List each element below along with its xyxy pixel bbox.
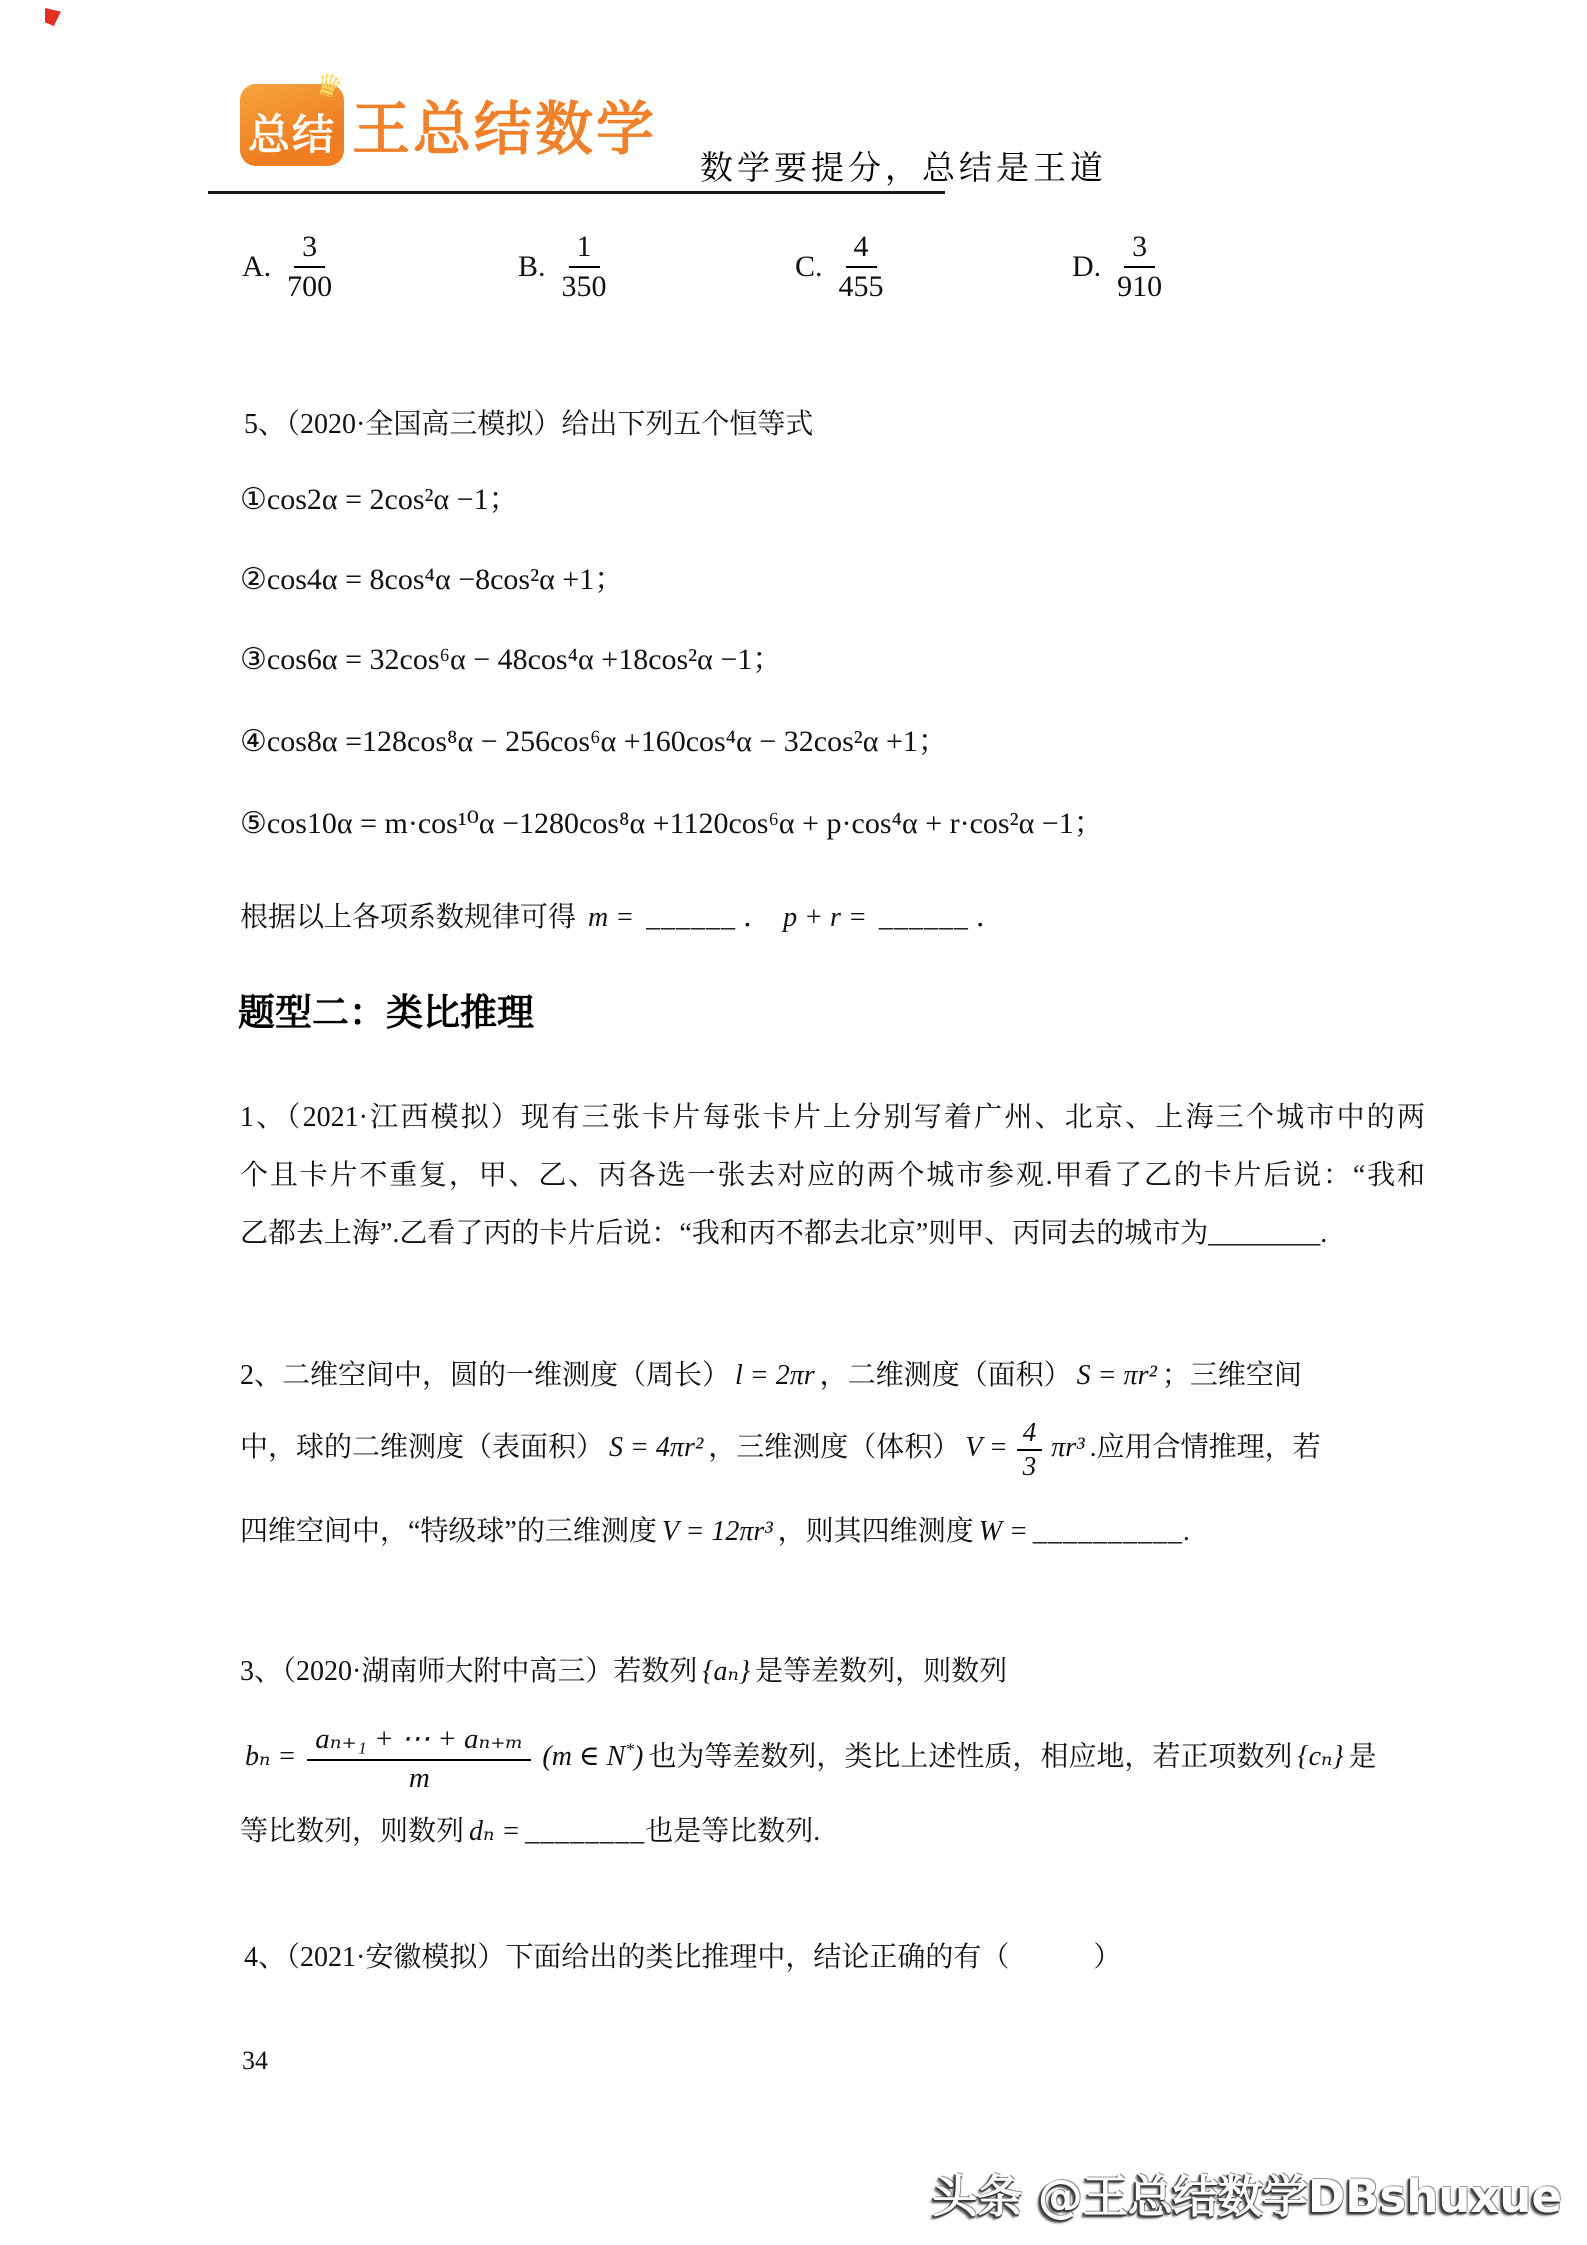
option-b: B. 1 350 <box>518 224 607 310</box>
fraction-denominator: 3 <box>1023 1451 1037 1482</box>
fraction-4-3: 43 <box>1017 1417 1043 1482</box>
question5-conclusion: 根据以上各项系数规律可得 m = ______ ． p + r = ______… <box>240 898 1425 938</box>
question5-stem: 5、（2020·全国高三模拟）给出下列五个恒等式 <box>240 405 1429 445</box>
brand-tagline: 数学要提分，总结是王道 <box>700 142 1107 189</box>
crown-icon: ♛ <box>311 69 346 106</box>
text: 也为等差数列，类比上述性质，相应地，若正项数列 <box>648 1741 1292 1772</box>
text: 是 <box>1349 1741 1377 1772</box>
fraction-numerator: 4 <box>1017 1417 1043 1451</box>
math-s-pir2: S = πr² <box>1072 1360 1162 1391</box>
answer-blank: __________ <box>1033 1516 1183 1547</box>
option-a: A. 3 700 <box>242 224 332 310</box>
page-number: 34 <box>242 2046 268 2076</box>
text: ，三维测度（体积） <box>708 1432 960 1463</box>
header-divider <box>208 191 945 194</box>
condition-sup: * <box>625 1740 634 1759</box>
math-dn-equals: dₙ = <box>464 1816 525 1847</box>
text: 是等差数列，则数列 <box>755 1656 1007 1687</box>
fraction-numerator: aₙ₊₁ + ⋯ + aₙ₊ₘ <box>307 1722 531 1761</box>
text: 四维空间中，“特级球”的三维测度 <box>240 1516 657 1547</box>
fraction-numerator: 4 <box>846 230 877 269</box>
math-seq-an: {aₙ} <box>697 1656 755 1687</box>
question3-line3: 等比数列，则数列dₙ =________也是等比数列. <box>240 1812 1425 1852</box>
question2-line1: 2、二维空间中，圆的一维测度（周长）l = 2πr，二维测度（面积）S = πr… <box>240 1356 1425 1396</box>
answer-blank: ________ <box>525 1816 645 1847</box>
question4-stem: 4、（2021·安徽模拟）下面给出的类比推理中，结论正确的有（ ） <box>240 1938 1429 1978</box>
question1-line1: 1、（2021·江西模拟）现有三张卡片每张卡片上分别写着广州、北京、上海三个城市… <box>240 1098 1425 1138</box>
text: ，二维测度（面积） <box>820 1360 1072 1391</box>
punct: ． <box>976 902 1004 933</box>
text: 也是等比数列. <box>645 1816 820 1847</box>
text: 等比数列，则数列 <box>240 1816 464 1847</box>
question1-line2: 个且卡片不重复，甲、乙、丙各选一张去对应的两个城市参观.甲看了乙的卡片后说：“我… <box>240 1156 1425 1196</box>
identity-3: ③cos6α = 32cos⁶α − 48cos⁴α +18cos²α −1； <box>240 638 782 682</box>
math-w-equals: W = <box>974 1516 1033 1547</box>
identity-2: ②cos4α = 8cos⁴α −8cos²α +1； <box>240 558 624 602</box>
math-l-2pir: l = 2πr <box>730 1360 820 1391</box>
fraction-numerator: 3 <box>1124 230 1155 269</box>
watermark: 头条 @王总结数学DBshuxue <box>932 2160 1562 2225</box>
m-equals: m = <box>583 902 639 933</box>
logo-badge-text: 总结 <box>248 114 336 166</box>
math-v-equals: V = <box>960 1432 1013 1463</box>
section2-title: 题型二：类比推理 <box>238 982 534 1036</box>
math-condition: (m ∈ N*) <box>537 1741 648 1772</box>
fraction-numerator: 3 <box>294 230 325 269</box>
question2-line2: 中，球的二维测度（表面积）S = 4πr²，三维测度（体积）V =43πr³.应… <box>240 1400 1425 1496</box>
option-b-fraction: 1 350 <box>562 230 607 305</box>
fraction-denominator: 350 <box>562 268 607 305</box>
math-s-4pir2: S = 4πr² <box>604 1432 708 1463</box>
option-b-label: B. <box>518 250 546 284</box>
answer-blank: ______ <box>646 902 736 933</box>
text: 中，球的二维测度（表面积） <box>240 1432 604 1463</box>
punct: . <box>1183 1516 1190 1547</box>
option-c: C. 4 455 <box>795 224 884 310</box>
brand-name: 王总结数学 <box>352 100 657 158</box>
p-plus-r-equals: p + r = <box>778 902 872 933</box>
fraction-denominator: 455 <box>839 268 884 305</box>
math-seq-cn: {cₙ} <box>1292 1741 1348 1772</box>
answer-blank: ______ <box>879 902 969 933</box>
fraction-numerator: 1 <box>569 230 600 269</box>
option-d: D. 3 910 <box>1072 224 1162 310</box>
option-c-label: C. <box>795 250 823 284</box>
option-a-fraction: 3 700 <box>287 230 332 305</box>
fraction-denominator: m <box>409 1761 430 1796</box>
text: .应用合情推理，若 <box>1090 1432 1321 1463</box>
condition-close: ) <box>634 1741 643 1772</box>
identity-5: ⑤cos10α = m·cos¹⁰α −1280cos⁸α +1120cos⁶α… <box>240 802 1104 846</box>
fraction-an-sum-over-m: aₙ₊₁ + ⋯ + aₙ₊ₘm <box>307 1722 531 1796</box>
fraction-denominator: 910 <box>1117 268 1162 305</box>
text: 3、（2020·湖南师大附中高三）若数列 <box>240 1656 697 1687</box>
text: ，则其四维测度 <box>778 1516 974 1547</box>
identity-1: ①cos2α = 2cos²α −1； <box>240 478 519 522</box>
option-c-fraction: 4 455 <box>839 230 884 305</box>
math-bn-equals: bₙ = <box>240 1741 301 1772</box>
identity-4: ④cos8α =128cos⁸α − 256cos⁶α +160cos⁴α − … <box>240 720 948 764</box>
text: 2、二维空间中，圆的一维测度（周长） <box>240 1360 730 1391</box>
math-v-12pir3: V = 12πr³ <box>657 1516 778 1547</box>
option-d-fraction: 3 910 <box>1117 230 1162 305</box>
corner-mark <box>45 8 61 26</box>
question2-line3: 四维空间中，“特级球”的三维测度V = 12πr³，则其四维测度W =_____… <box>240 1512 1425 1552</box>
fraction-denominator: 700 <box>287 268 332 305</box>
question3-formula: bₙ =aₙ₊₁ + ⋯ + aₙ₊ₘm(m ∈ N*)也为等差数列，类比上述性… <box>240 1702 1425 1798</box>
conclusion-text: 根据以上各项系数规律可得 <box>240 902 576 933</box>
option-d-label: D. <box>1072 250 1101 284</box>
question1-line3: 乙都去上海”.乙看了丙的卡片后说：“我和丙不都去北京”则甲、丙同去的城市为___… <box>240 1214 1425 1254</box>
worksheet-page: ♛ 总结 王总结数学 数学要提分，总结是王道 A. 3 700 B. 1 350… <box>0 0 1587 2245</box>
text: ；三维空间 <box>1162 1360 1302 1391</box>
condition-open: (m ∈ N <box>542 1741 625 1772</box>
punct: ． <box>743 902 771 933</box>
question3-line1: 3、（2020·湖南师大附中高三）若数列{aₙ}是等差数列，则数列 <box>240 1652 1425 1692</box>
option-a-label: A. <box>242 250 271 284</box>
math-pir3: πr³ <box>1046 1432 1089 1463</box>
brand-logo-icon: ♛ 总结 <box>240 84 344 166</box>
